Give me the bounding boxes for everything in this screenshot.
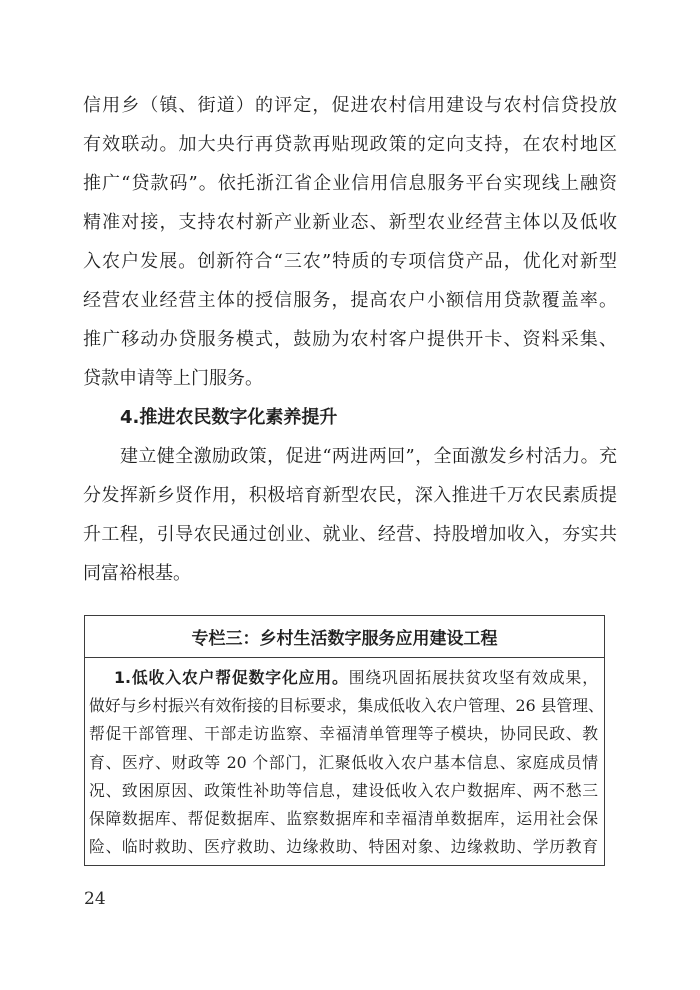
column-three-box-body: 1.低收入农户帮促数字化应用。围绕巩固拓展扶贫攻坚有效成果， 做好与乡村振兴有效… [85,658,604,865]
text-line: 推广移动办贷服务模式，鼓励为农村客户提供开卡、资料采集、 [83,320,617,359]
box-lead-rest-text: 围绕巩固拓展扶贫攻坚有效成果， [349,668,598,687]
text-line: 信用乡（镇、街道）的评定，促进农村信用建设与农村信贷投放 [83,86,617,125]
paragraph-rural-credit: 信用乡（镇、街道）的评定，促进农村信用建设与农村信贷投放有效联动。加大央行再贷款… [83,86,617,398]
box-lead-bold-text: 1.低收入农户帮促数字化应用。 [114,668,349,687]
page-number: 24 [84,888,106,910]
paragraph-farmer-digital-literacy: 建立健全激励政策，促进“两进两回”，全面激发乡村活力。充分发挥新乡贤作用，积极培… [83,437,617,593]
text-line: 升工程，引导农民通过创业、就业、经营、持股增加收入，夯实共 [83,515,617,554]
text-line: 险、临时救助、医疗救助、边缘救助、特困对象、边缘救助、学历教育 [89,833,598,861]
text-line: 保障数据库、帮促数据库、监察数据库和幸福清单数据库，运用社会保 [89,805,598,833]
text-line: 帮促干部管理、干部走访监察、幸福清单管理等子模块，协同民政、教 [89,720,598,748]
document-content: 信用乡（镇、街道）的评定，促进农村信用建设与农村信贷投放有效联动。加大央行再贷款… [83,86,617,593]
text-line: 况、致困原因、政策性补助等信息，建设低收入农户数据库、两不愁三 [89,777,598,805]
column-three-box: 专栏三：乡村生活数字服务应用建设工程 1.低收入农户帮促数字化应用。围绕巩固拓展… [84,615,605,866]
text-line: 精准对接，支持农村新产业新业态、新型农业经营主体以及低收 [83,203,617,242]
text-line: 同富裕根基。 [83,554,617,593]
text-line: 推广“贷款码”。依托浙江省企业信用信息服务平台实现线上融资 [83,164,617,203]
text-line: 育、医疗、财政等 20 个部门，汇聚低收入农户基本信息、家庭成员情 [89,749,598,777]
text-line: 经营农业经营主体的授信服务，提高农户小额信用贷款覆盖率。 [83,281,617,320]
section-heading-4: 4.推进农民数字化素养提升 [83,398,617,437]
box-text-lines: 做好与乡村振兴有效衔接的目标要求，集成低收入农户管理、26 县管理、帮促干部管理… [89,692,598,861]
document-page: 信用乡（镇、街道）的评定，促进农村信用建设与农村信贷投放有效联动。加大央行再贷款… [0,0,700,990]
text-line: 入农户发展。创新符合“三农”特质的专项信贷产品，优化对新型 [83,242,617,281]
box-lead-line: 1.低收入农户帮促数字化应用。围绕巩固拓展扶贫攻坚有效成果， [89,664,598,692]
text-line: 做好与乡村振兴有效衔接的目标要求，集成低收入农户管理、26 县管理、 [89,692,598,720]
column-three-box-title: 专栏三：乡村生活数字服务应用建设工程 [85,616,604,658]
text-line: 建立健全激励政策，促进“两进两回”，全面激发乡村活力。充 [83,437,617,476]
text-line: 有效联动。加大央行再贷款再贴现政策的定向支持，在农村地区 [83,125,617,164]
text-line: 贷款申请等上门服务。 [83,359,617,398]
text-line: 分发挥新乡贤作用，积极培育新型农民，深入推进千万农民素质提 [83,476,617,515]
